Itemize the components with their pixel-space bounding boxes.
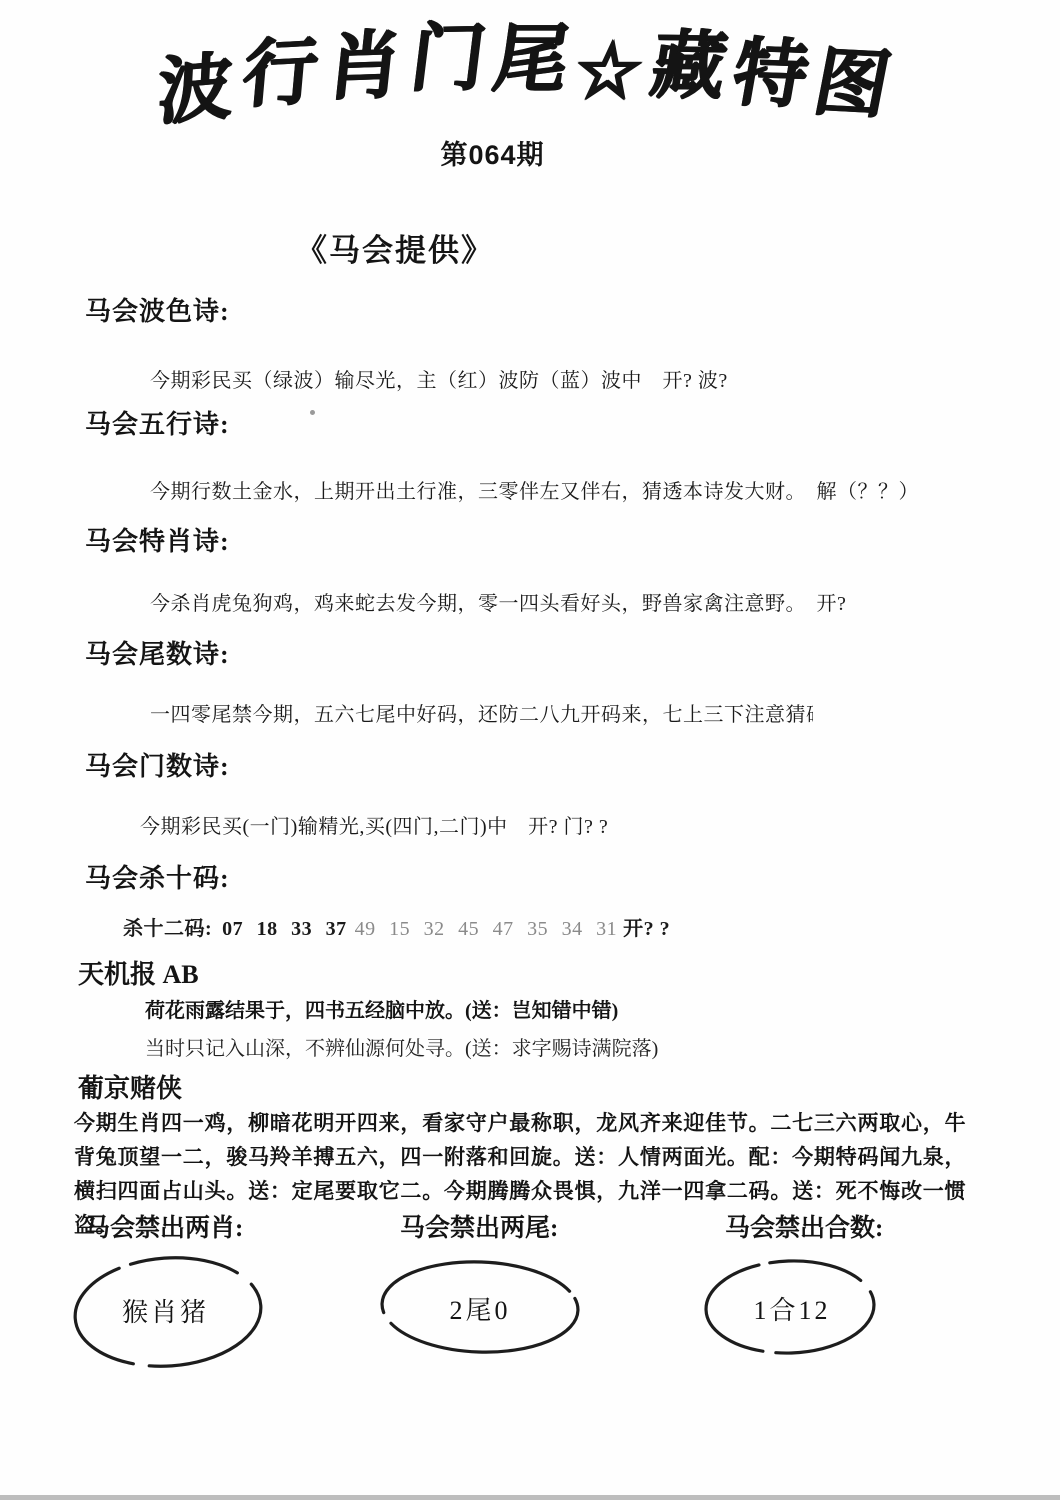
scan-speck <box>310 410 315 415</box>
section-label-pujing: 葡京赌侠 <box>78 1068 182 1105</box>
forbidden-zodiac-value: 猴肖猪 <box>103 1292 228 1329</box>
forbidden-tail-value: 2尾0 <box>425 1290 535 1327</box>
kill-codes-line: 杀十二码:07 18 33 3749 15 32 45 47 35 34 31开… <box>123 912 670 941</box>
tianji-line-2: 当时只记入山深，不辨仙源何处寻。(送：求字赐诗满院落) <box>145 1032 658 1061</box>
scan-edge-artifact <box>0 1495 1060 1500</box>
poem-menshu: 今期彩民买(一门)输精光,买(四门,二门)中 开? 门? ? <box>140 810 608 839</box>
section-label-weishu: 马会尾数诗: <box>85 634 230 671</box>
section-label-tianji: 天机报 AB <box>78 954 199 991</box>
issue-number: 第064期 <box>0 133 985 172</box>
section-label-menshu: 马会门数诗: <box>85 746 230 783</box>
scanned-lottery-tip-sheet: 波行肖门尾☆藏特图 第064期 《马会提供》 马会波色诗: 今期彩民买（绿波）输… <box>0 0 1060 1500</box>
clipped-character: 码 <box>806 698 813 727</box>
kill-codes-tail: 开? ? <box>623 918 670 940</box>
section-label-texiao: 马会特肖诗: <box>85 521 230 558</box>
forbidden-zodiac-label: 马会禁出两肖: <box>85 1208 243 1244</box>
poem-texiao: 今杀肖虎兔狗鸡，鸡来蛇去发今期，零一四头看好头，野兽家禽注意野。 开? <box>150 587 846 616</box>
kill-codes-prefix: 杀十二码: <box>123 918 212 940</box>
section-label-bose: 马会波色诗: <box>85 291 230 328</box>
forbidden-tail-label: 马会禁出两尾: <box>400 1208 558 1244</box>
kill-codes-dark-numbers: 07 18 33 37 <box>222 918 347 940</box>
tianji-line-1: 荷花雨露结果于，四书五经脑中放。(送：岂知错中错) <box>145 994 618 1023</box>
forbidden-sum-label: 马会禁出合数: <box>725 1208 883 1244</box>
poem-wuxing: 今期行数土金水，上期开出土行准，三零伴左又伴右，猜透本诗发大财。 解（？？） <box>150 475 919 504</box>
forbidden-sum-value: 1合12 <box>737 1290 847 1327</box>
section-label-wuxing: 马会五行诗: <box>85 404 230 441</box>
poem-bose: 今期彩民买（绿波）输尽光，主（红）波防（蓝）波中 开? 波? <box>150 364 728 393</box>
poem-weishu-text: 一四零尾禁今期，五六七尾中好码，还防二八九开码来，七上三下注意猜 <box>150 704 806 726</box>
section-label-shashima: 马会杀十码: <box>85 858 230 895</box>
provider-subtitle: 《马会提供》 <box>296 225 494 270</box>
kill-codes-grey-numbers: 49 15 32 45 47 35 34 31 <box>355 918 618 940</box>
poem-weishu: 一四零尾禁今期，五六七尾中好码，还防二八九开码来，七上三下注意猜码 <box>150 698 813 727</box>
page-title: 波行肖门尾☆藏特图 <box>0 16 1060 122</box>
